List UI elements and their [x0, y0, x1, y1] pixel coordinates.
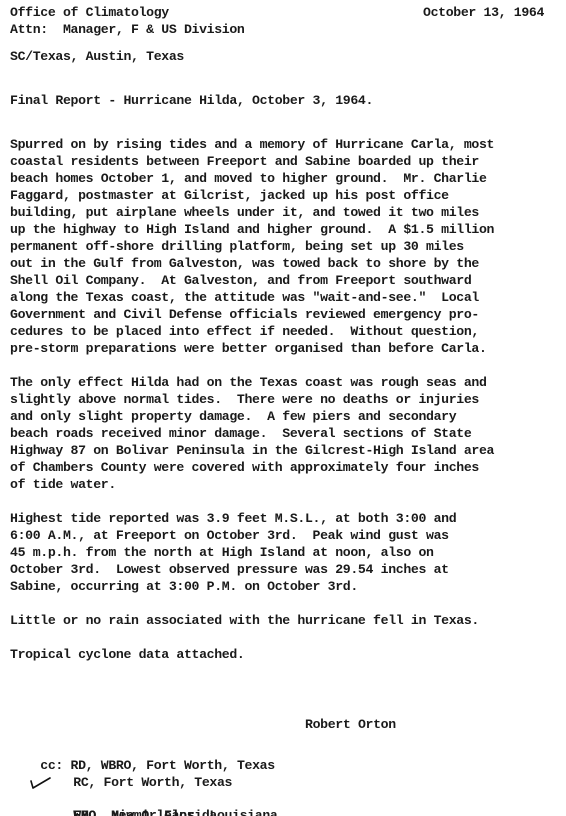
cc-recipient: WBO, New Orleans, Louisiana: [73, 808, 277, 816]
paragraph-preparations: Spurred on by rising tides and a memory …: [10, 136, 560, 357]
text-line: pre-storm preparations were better organ…: [10, 340, 560, 357]
text-line: Little or no rain associated with the hu…: [10, 612, 560, 629]
paragraph-attachment: Tropical cyclone data attached.: [10, 646, 560, 663]
text-line: building, put airplane wheels under it, …: [10, 204, 560, 221]
from-line: SC/Texas, Austin, Texas: [10, 48, 560, 65]
text-line: October 3rd. Lowest observed pressure wa…: [10, 561, 560, 578]
text-line: Faggard, postmaster at Gilcrist, jacked …: [10, 187, 560, 204]
text-line: Government and Civil Defense officials r…: [10, 306, 560, 323]
paragraph-effects: The only effect Hilda had on the Texas c…: [10, 374, 560, 493]
text-line: and only slight property damage. A few p…: [10, 408, 560, 425]
text-line: coastal residents between Freeport and S…: [10, 153, 560, 170]
text-line: Highway 87 on Bolivar Peninsula in the G…: [10, 442, 560, 459]
cc-list: cc: RD, WBRO, Fort Worth, Texas RC, Fort…: [10, 740, 278, 806]
text-line: The only effect Hilda had on the Texas c…: [10, 374, 560, 391]
cc-row: WBO, New Orleans, Louisiana: [10, 790, 278, 807]
text-line: Shell Oil Company. At Galveston, and fro…: [10, 272, 560, 289]
text-line: along the Texas coast, the attitude was …: [10, 289, 560, 306]
text-line: Sabine, occurring at 3:00 P.M. on Octobe…: [10, 578, 560, 595]
cc-row: EMO, Miami, Florida: [10, 773, 278, 790]
text-line: 45 m.p.h. from the north at High Island …: [10, 544, 560, 561]
text-line: up the highway to High Island and higher…: [10, 221, 560, 238]
text-line: slightly above normal tides. There were …: [10, 391, 560, 408]
text-line: out in the Gulf from Galveston, was towe…: [10, 255, 560, 272]
attn-line: Attn: Manager, F & US Division: [10, 21, 560, 38]
text-line: permanent off-shore drilling platform, b…: [10, 238, 560, 255]
cc-row: cc: RD, WBRO, Fort Worth, Texas: [10, 740, 278, 757]
letter-page: Office of Climatology October 13, 1964 A…: [10, 4, 560, 663]
handwritten-checkmark-icon: [29, 775, 51, 789]
paragraph-rainfall: Little or no rain associated with the hu…: [10, 612, 560, 629]
paragraph-observations: Highest tide reported was 3.9 feet M.S.L…: [10, 510, 560, 595]
letter-date: October 13, 1964: [423, 4, 544, 21]
text-line: of tide water.: [10, 476, 560, 493]
text-line: of Chambers County were covered with app…: [10, 459, 560, 476]
header-first-row: Office of Climatology October 13, 1964: [10, 4, 560, 21]
cc-row: RC, Fort Worth, Texas: [10, 757, 278, 774]
text-line: beach roads received minor damage. Sever…: [10, 425, 560, 442]
text-line: 6:00 A.M., at Freeport on October 3rd. P…: [10, 527, 560, 544]
text-line: Tropical cyclone data attached.: [10, 646, 560, 663]
text-line: Spurred on by rising tides and a memory …: [10, 136, 560, 153]
report-title: Final Report - Hurricane Hilda, October …: [10, 92, 560, 109]
text-line: beach homes October 1, and moved to high…: [10, 170, 560, 187]
signature-name: Robert Orton: [305, 716, 396, 733]
text-line: Highest tide reported was 3.9 feet M.S.L…: [10, 510, 560, 527]
office-line: Office of Climatology: [10, 5, 169, 20]
text-line: cedures to be placed into effect if need…: [10, 323, 560, 340]
